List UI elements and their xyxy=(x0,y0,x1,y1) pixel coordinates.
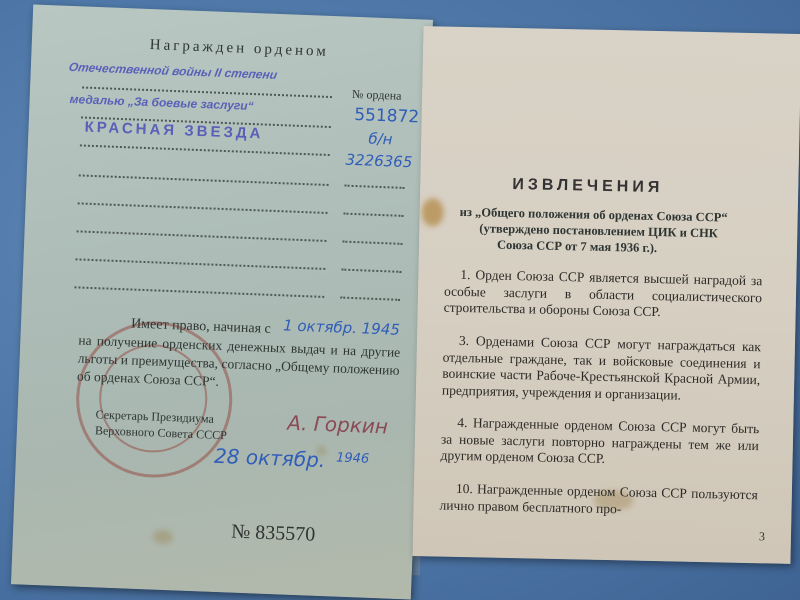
blank-line xyxy=(345,185,405,189)
paragraph-3: 3. Орденами Союза ССР могут награждаться… xyxy=(442,333,761,406)
awarded-heading: Награжден орденом xyxy=(149,37,329,61)
paragraph-1: 1. Орден Союза ССР является высшей награ… xyxy=(444,267,763,323)
blank-line xyxy=(343,213,403,217)
signature: А. Горкин xyxy=(287,411,388,439)
rights-start-date: 1 октябр. 1945 xyxy=(283,316,400,338)
blank-line xyxy=(75,258,325,270)
issue-date-day-month: 28 октябр. xyxy=(214,444,326,472)
paper-stain xyxy=(421,198,444,226)
blank-line xyxy=(340,297,400,301)
paragraph-4: 4. Награжденные орденом Союза ССР могут … xyxy=(440,415,759,471)
page-number: 3 xyxy=(759,529,765,544)
blank-line xyxy=(78,202,328,214)
award-3-number: 3226365 xyxy=(345,151,412,172)
blank-line xyxy=(77,230,327,242)
paragraph-10: 10. Награжденные орденом Союза ССР польз… xyxy=(439,481,758,521)
award-2-number: б/н xyxy=(368,130,393,149)
award-2-name: медалью „За боевые заслуги“ xyxy=(69,92,253,113)
blank-line xyxy=(341,269,401,273)
blank-line xyxy=(79,174,329,186)
blank-line xyxy=(74,286,324,298)
paper-stain xyxy=(153,530,174,545)
order-number-label: № ордена xyxy=(352,87,402,104)
right-page: ИЗВЛЕЧЕНИЯ из „Общего положения об орден… xyxy=(412,26,800,564)
issue-date-year: 1946 xyxy=(336,451,370,467)
award-1-name: Отечественной войны II степени xyxy=(68,60,279,82)
extract-subtitle-3: Союза ССР от 7 мая 1936 г.). xyxy=(497,238,657,256)
document-number: № 835570 xyxy=(231,521,316,547)
award-line-3 xyxy=(80,144,330,156)
left-page: Награжден орденом № ордена Отечественной… xyxy=(11,5,433,600)
extract-title: ИЗВЛЕЧЕНИЯ xyxy=(512,176,663,197)
award-1-number: 551872 xyxy=(354,105,420,127)
blank-line xyxy=(342,241,402,245)
